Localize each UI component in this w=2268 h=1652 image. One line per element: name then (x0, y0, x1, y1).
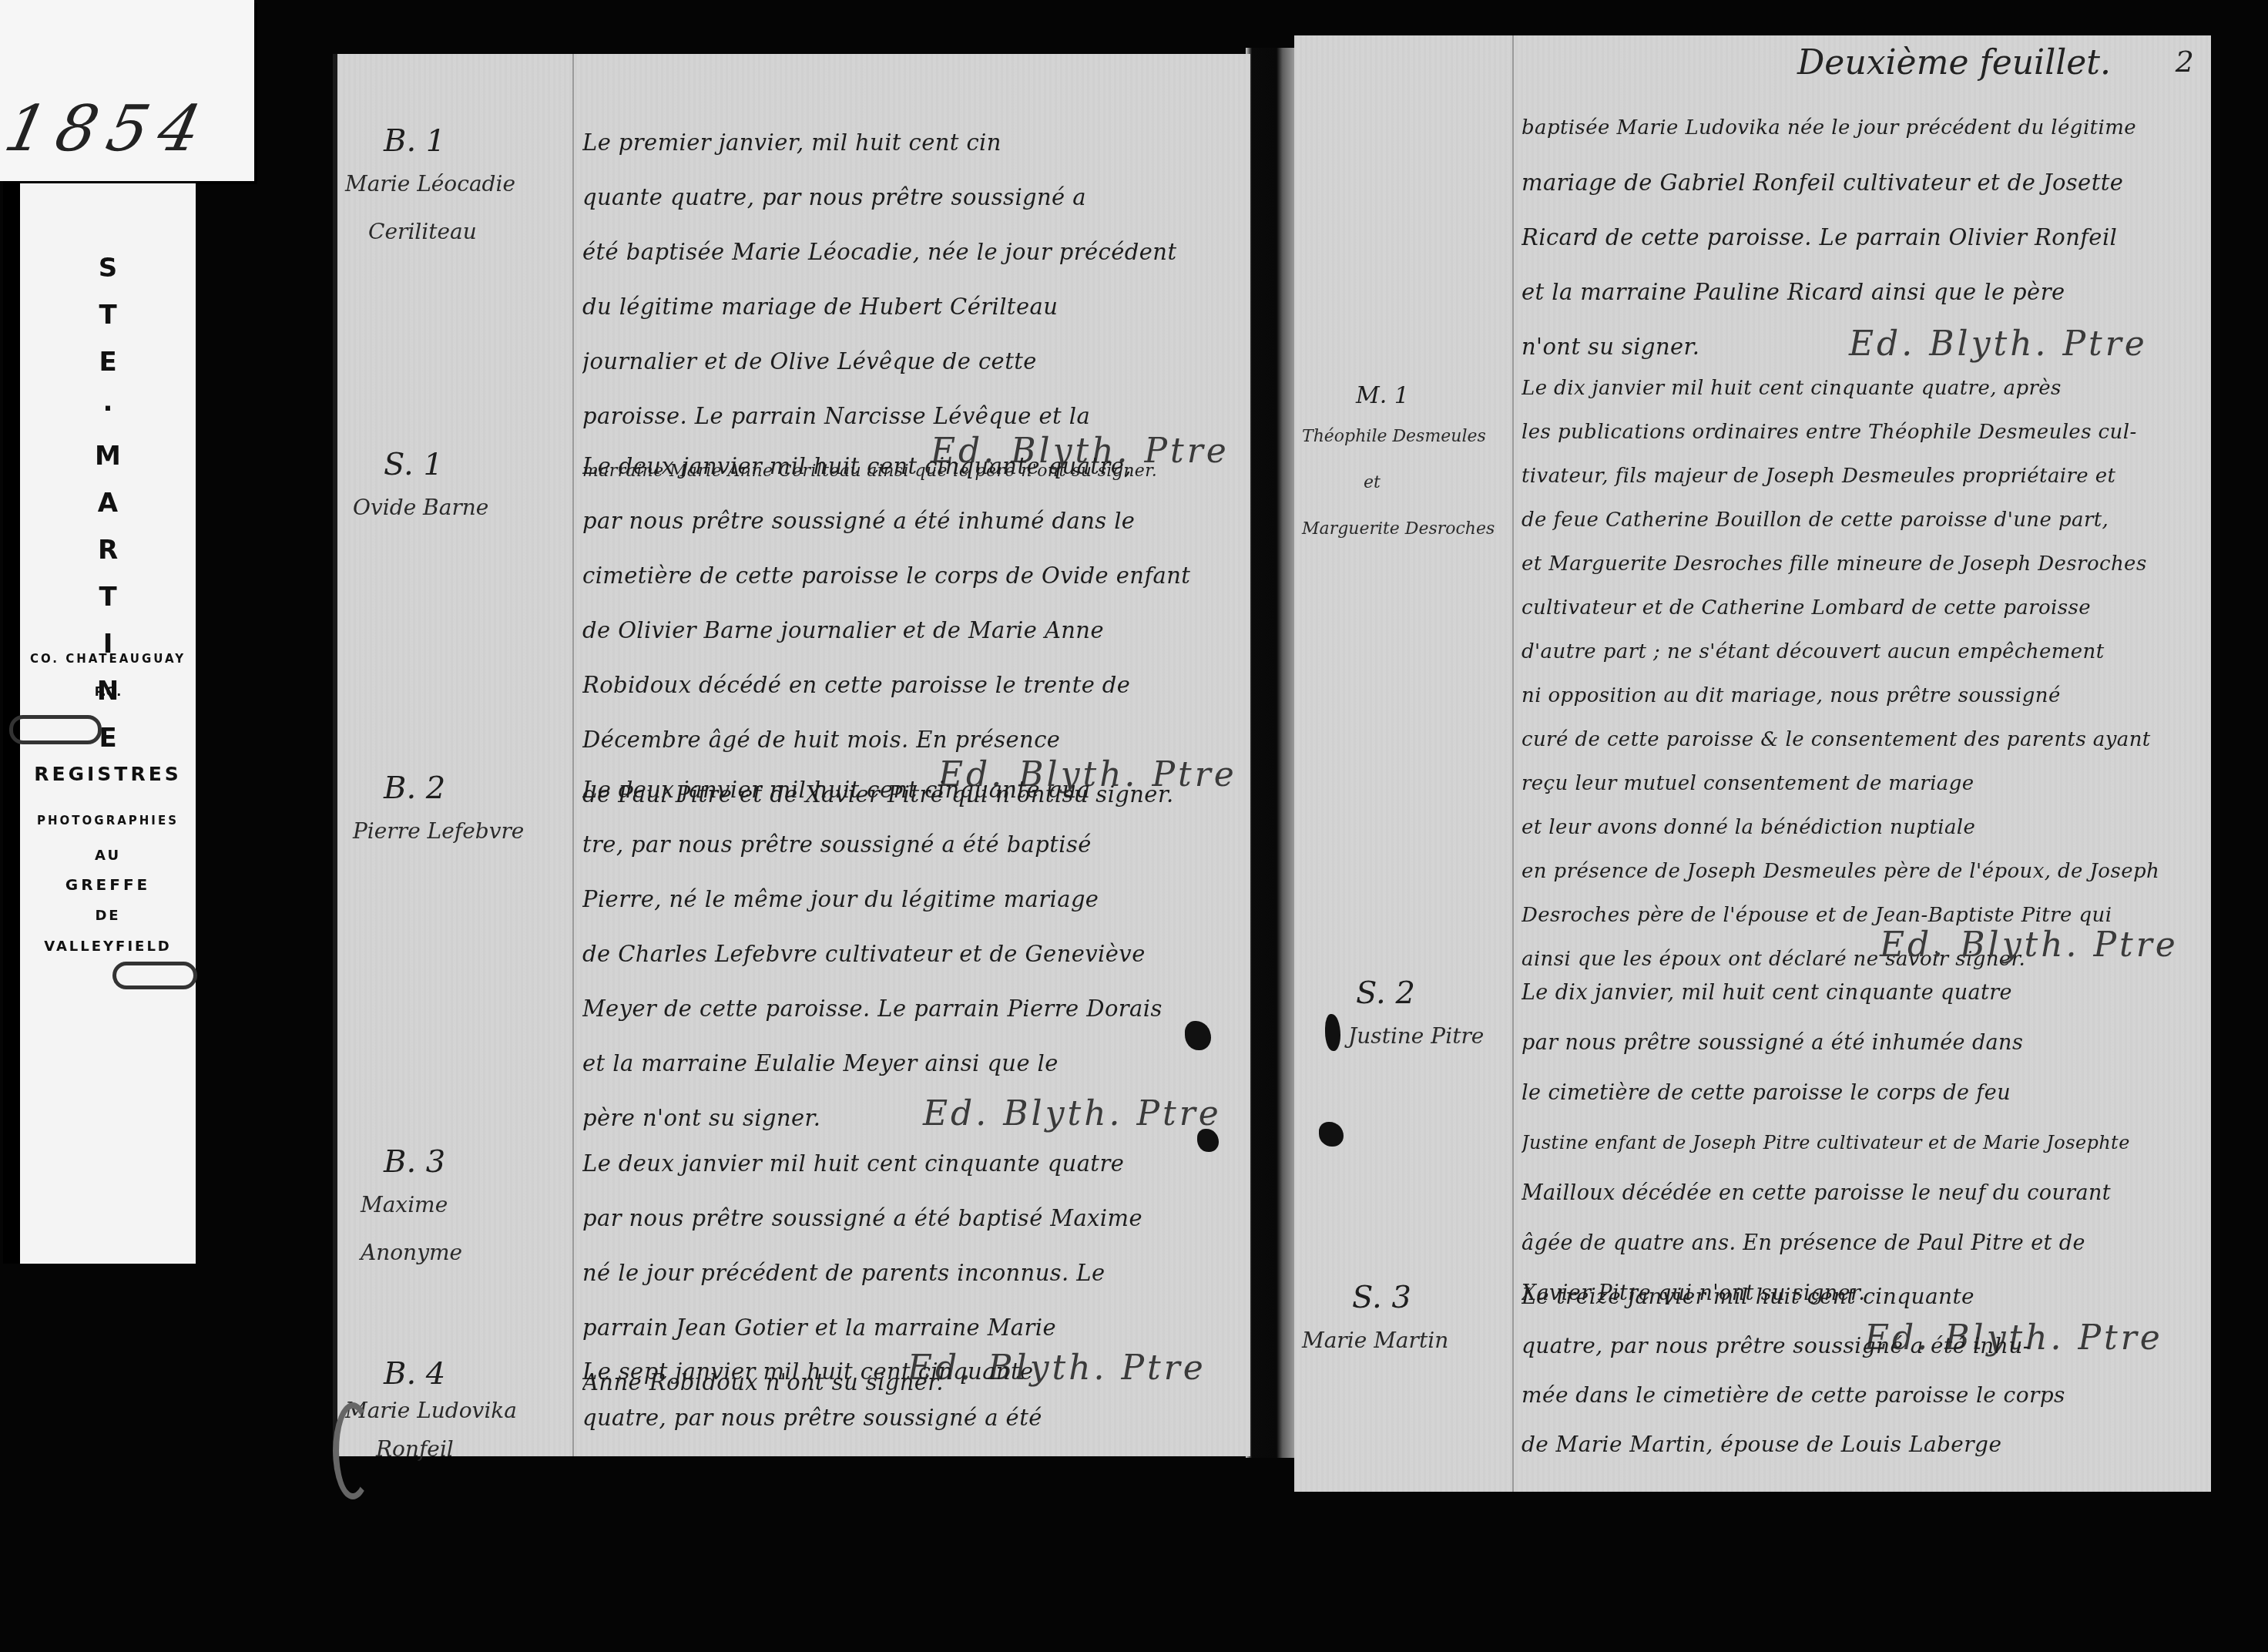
text-line: Le sept janvier mil huit cent cinquante (582, 1348, 1042, 1395)
text-line: tivateur, fils majeur de Joseph Desmeule… (1522, 455, 2159, 499)
book-gutter (1246, 48, 1294, 1458)
entry-name: Ceriliteau (368, 208, 477, 256)
text-line: cimetière de cette paroisse le corps de … (582, 549, 1190, 603)
entry-text: Le dix janvier, mil huit cent cinquante … (1522, 968, 2130, 1318)
entry-code: M. 1 (1356, 382, 1409, 409)
text-line: Ricard de cette paroisse. Le parrain Oli… (1522, 210, 2136, 265)
entry-code: B. 2 (384, 771, 445, 806)
registry-line: REGISTRES (20, 763, 196, 785)
text-line: de Marie Martin, épouse de Louis Laberge (1522, 1420, 2065, 1469)
text-line: parrain Jean Gotier et la marraine Marie (582, 1301, 1142, 1355)
entry-code: B. 3 (384, 1144, 445, 1180)
text-line: mariage de Gabriel Ronfeil cultivateur e… (1522, 156, 2136, 210)
text-line: Mailloux décédée en cette paroisse le ne… (1522, 1168, 2130, 1218)
parish-letter: A (20, 480, 196, 527)
text-line: tre, par nous prêtre soussigné a été bap… (582, 818, 1163, 872)
entry-name: Marie Léocadie (345, 160, 515, 208)
registry-line: VALLEYFIELD (20, 938, 196, 955)
entry-name: Marie Martin (1302, 1317, 1448, 1365)
priest-signature: Ed. Blyth. Ptre (1849, 324, 2148, 364)
text-line: Robidoux décédé en cette paroisse le tre… (582, 658, 1190, 713)
entry-code: S. 1 (384, 447, 443, 482)
parish-letter: T (20, 292, 196, 339)
register-page-left: B. 1 Marie Léocadie Ceriliteau Le premie… (333, 54, 1250, 1456)
text-line: par nous prêtre soussigné a été inhumé d… (582, 494, 1190, 549)
entry-name: Marguerite Desroches (1302, 505, 1495, 553)
text-line: Le deux janvier mil huit cent cinquante … (582, 763, 1163, 818)
text-line: quatre, par nous prêtre soussigné a été … (1522, 1321, 2065, 1371)
entry-name: Anonyme (361, 1229, 462, 1277)
margin-rule (572, 54, 574, 1456)
priest-signature: Ed. Blyth. Ptre (1880, 925, 2179, 965)
text-line: et Marguerite Desroches fille mineure de… (1522, 542, 2159, 586)
text-line: d'autre part ; ne s'étant découvert aucu… (1522, 630, 2159, 674)
paperclip-icon (112, 962, 197, 989)
text-line: curé de cette paroisse & le consentement… (1522, 718, 2159, 762)
text-line: du légitime mariage de Hubert Cérilteau (582, 280, 1176, 334)
text-line: quatre, par nous prêtre soussigné a été (582, 1395, 1042, 1441)
county-label: CO. CHATEAUGUAY (20, 652, 196, 666)
entry-code: B. 1 (384, 123, 445, 159)
parish-letter: · (20, 386, 196, 433)
text-line: Le treize janvier mil huit cent cinquant… (1522, 1272, 2065, 1321)
text-line: de Olivier Barne journalier et de Marie … (582, 603, 1190, 658)
text-line: cultivateur et de Catherine Lombard de c… (1522, 586, 2159, 630)
ink-blot (1325, 1014, 1340, 1051)
parish-letter: R (20, 527, 196, 574)
registry-line: AU (20, 848, 196, 864)
entry-name: Justine Pitre (1348, 1012, 1484, 1060)
text-line: été baptisée Marie Léocadie, née le jour… (582, 225, 1176, 280)
text-line: le cimetière de cette paroisse le corps … (1522, 1068, 2130, 1118)
text-line: né le jour précédent de parents inconnus… (582, 1246, 1142, 1301)
parish-letter: T (20, 574, 196, 621)
text-line: Le deux janvier mil huit cent cinquante … (582, 439, 1190, 494)
text-line: journalier et de Olive Lévêque de cette (582, 334, 1176, 389)
paperclip-icon (9, 715, 102, 744)
entry-name: et (1364, 459, 1381, 507)
entry-name: Ovide Barne (353, 484, 488, 532)
text-line: et la marraine Pauline Ricard ainsi que … (1522, 265, 2136, 320)
text-line: par nous prêtre soussigné a été baptisé … (582, 1191, 1142, 1246)
registry-line: GREFFE (20, 875, 196, 894)
entry-name: Maxime (361, 1181, 448, 1229)
parish-label-strip: S T E · M A R T I N E CO. CHATEAUGUAY P.… (3, 183, 196, 1264)
registry-line: PHOTOGRAPHIES (20, 814, 196, 828)
entry-code: S. 3 (1352, 1280, 1411, 1315)
priest-signature: Ed. Blyth. Ptre (923, 1094, 1222, 1133)
parish-letter: M (20, 433, 196, 480)
text-line: mée dans le cimetière de cette paroisse … (1522, 1371, 2065, 1420)
entry-code: S. 2 (1356, 975, 1415, 1011)
ink-blot (1185, 1021, 1211, 1050)
text-line: les publications ordinaires entre Théoph… (1522, 411, 2159, 455)
parish-letter: E (20, 339, 196, 386)
registry-line: DE (20, 908, 196, 924)
text-line: Justine enfant de Joseph Pitre cultivate… (1522, 1118, 2130, 1168)
entry-name: Ronfeil (376, 1425, 454, 1473)
entry-text: Le dix janvier mil huit cent cinquante q… (1522, 367, 2159, 982)
text-line: et leur avons donné la bénédiction nupti… (1522, 806, 2159, 850)
sheet-header: Deuxième feuillet. (1797, 43, 2111, 82)
text-line: de feue Catherine Bouillon de cette paro… (1522, 499, 2159, 542)
entry-text: Le sept janvier mil huit cent cinquante … (582, 1348, 1042, 1441)
entry-text: Le treize janvier mil huit cent cinquant… (1522, 1272, 2065, 1469)
text-line: par nous prêtre soussigné a été inhumée … (1522, 1018, 2130, 1068)
text-line: Le premier janvier, mil huit cent cin (582, 116, 1176, 170)
province-label: P.Q. (20, 684, 196, 699)
ink-blot (1319, 1122, 1344, 1147)
entry-name: Théophile Desmeules (1302, 413, 1486, 461)
text-line: âgée de quatre ans. En présence de Paul … (1522, 1218, 2130, 1268)
text-line: et la marraine Eulalie Meyer ainsi que l… (582, 1036, 1163, 1091)
text-line: quante quatre, par nous prêtre soussigné… (582, 170, 1176, 225)
text-line: Le deux janvier mil huit cent cinquante … (582, 1137, 1142, 1191)
text-line: Pierre, né le même jour du légitime mari… (582, 872, 1163, 927)
binder-ring (333, 1402, 373, 1499)
page-number: 2 (2176, 45, 2194, 79)
margin-rule (1512, 35, 1514, 1492)
entry-text: Le deux janvier mil huit cent cinquante … (582, 763, 1163, 1146)
text-line: ni opposition au dit mariage, nous prêtr… (1522, 674, 2159, 718)
text-line: Meyer de cette paroisse. Le parrain Pier… (582, 982, 1163, 1036)
year-index-card: 1854 (0, 0, 254, 181)
text-line: Le dix janvier, mil huit cent cinquante … (1522, 968, 2130, 1018)
text-line: baptisée Marie Ludovika née le jour préc… (1522, 101, 2136, 156)
entry-name: Pierre Lefebvre (353, 808, 524, 855)
register-page-right: Deuxième feuillet. 2 baptisée Marie Ludo… (1294, 35, 2211, 1492)
text-line: de Charles Lefebvre cultivateur et de Ge… (582, 927, 1163, 982)
text-line: en présence de Joseph Desmeules père de … (1522, 850, 2159, 894)
register-year: 1854 (0, 92, 218, 166)
parish-letter: S (20, 245, 196, 292)
text-line: reçu leur mutuel consentement de mariage (1522, 762, 2159, 806)
text-line: Le dix janvier mil huit cent cinquante q… (1522, 367, 2159, 411)
